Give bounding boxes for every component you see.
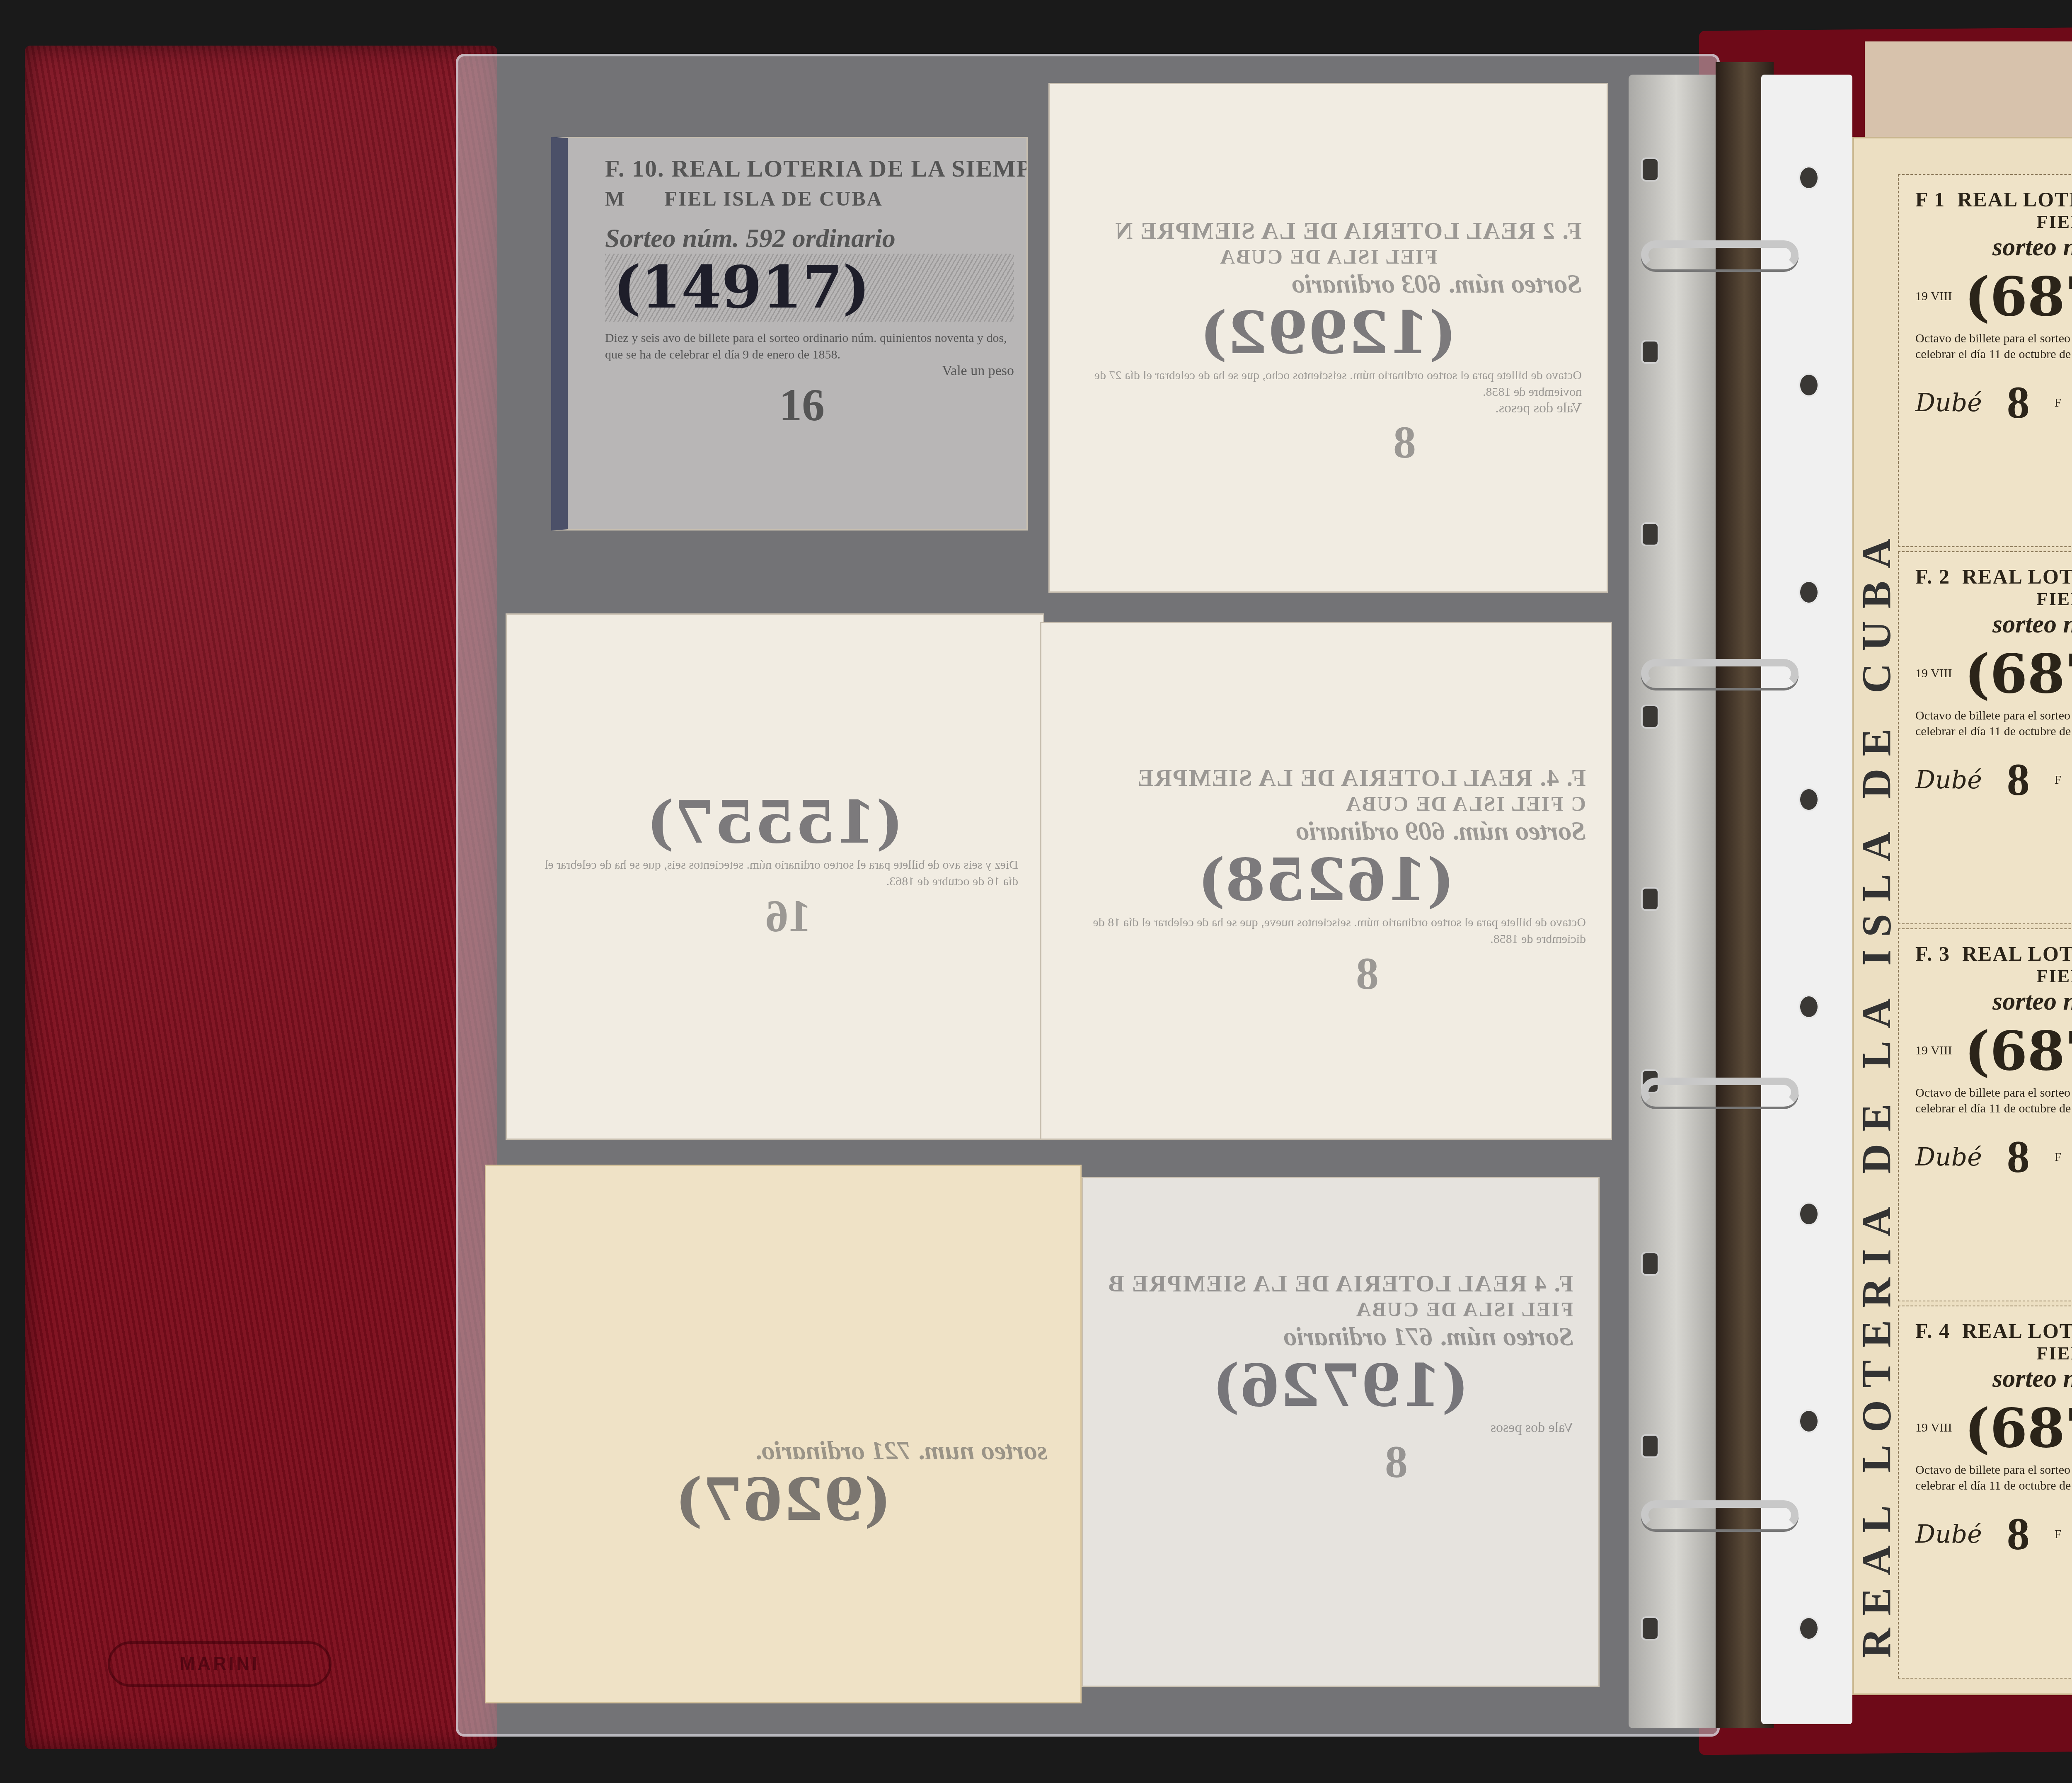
punch-hole	[1798, 1202, 1819, 1226]
cell-value: Vale dos pesos	[1915, 362, 2072, 376]
ticket-cell-f1: F 1 REAL LOTERIA DE LA SIEMPRE M FIEL IS…	[1898, 174, 2072, 547]
cell-draw: sorteo num. 723 ordinario.	[1915, 610, 2072, 639]
cell-subheader: FIEL ISLA DE CUBA	[1915, 589, 2072, 610]
punch-hole	[1798, 995, 1819, 1019]
ticket-text: Diez y seis avo de billete para el sorte…	[532, 857, 1018, 890]
ticket-series: N	[1115, 217, 1133, 244]
lottery-ticket-15557: (15557) Diez y seis avo de billete para …	[506, 613, 1044, 1140]
cell-number: (6871)	[1965, 265, 2072, 328]
ticket-fraction: F. 4.	[1539, 764, 1586, 791]
punch-hole	[1641, 887, 1659, 911]
cell-number: (6871)	[1965, 642, 2072, 705]
punch-hole	[1641, 340, 1659, 364]
cell-signature: Dubé	[1915, 766, 1982, 795]
ticket-denomination: 8	[1075, 416, 1416, 469]
cell-header: REAL LOTERIA DE LA SIEMPRE	[1962, 1319, 2072, 1342]
ticket-subheader: FIEL ISLA DE CUBA	[664, 187, 883, 210]
cell-subheader: FIEL ISLA DE CUBA	[1915, 966, 2072, 987]
ticket-number: (9267)	[519, 1466, 1047, 1534]
cell-date-stamp: 19 VIII	[1915, 1420, 1952, 1436]
cell-date-stamp: 19 VIII	[1915, 288, 1952, 304]
cell-signature: Dubé	[1915, 1143, 1982, 1172]
cell-draw: sorteo num. 723 ordinario.	[1915, 987, 2072, 1016]
ticket-fraction: F. 2	[1542, 217, 1582, 244]
ticket-denomination: 16	[779, 379, 1014, 431]
ticket-denomination: 8	[1066, 947, 1379, 1000]
punch-hole	[1798, 787, 1819, 812]
punch-hole	[1798, 166, 1819, 190]
cell-mark: F	[2055, 772, 2062, 788]
cell-label: Octavo	[1915, 332, 1951, 345]
cell-fraction: F 1	[1915, 188, 1945, 211]
cell-header: REAL LOTERIA DE LA SIEMPRE	[1962, 565, 2072, 588]
cell-fraction: F. 4	[1915, 1319, 1950, 1342]
ticket-number: (15557)	[532, 789, 1018, 857]
ticket-value: Vale dos pesos.	[1075, 400, 1582, 416]
ticket-text: Octavo de billete para el sorteo ordinar…	[1066, 914, 1586, 947]
cell-label: Octavo	[1915, 709, 1951, 722]
cell-header: REAL LOTERIA DE LA SIEMPRE	[1957, 188, 2072, 211]
cell-header: REAL LOTERIA DE LA SIEMPRE	[1962, 942, 2072, 965]
ticket-number: (14917)	[613, 254, 870, 322]
ticket-draw: Sorteo núm. 592 ordinario	[605, 223, 1014, 254]
ticket-cell-f4: F. 4 REAL LOTERIA DE LA SIEMPRE G FIEL I…	[1898, 1306, 2072, 1679]
ticket-subheader: FIEL ISLA DE CUBA	[1345, 792, 1564, 815]
ticket-series: C	[1570, 792, 1586, 815]
cell-denomination: 8	[2007, 1508, 2030, 1560]
punch-hole	[1798, 1409, 1819, 1433]
binder-left-cover	[25, 46, 497, 1749]
cell-draw: sorteo num. 723 ordinario.	[1915, 233, 2072, 262]
ticket-draw: Sorteo núm. 671 ordinario	[1108, 1321, 1573, 1352]
ticket-denomination: 8	[1108, 1436, 1408, 1488]
cell-value: Vale dos pesos	[1915, 1494, 2072, 1508]
cell-date-stamp: 19 VIII	[1915, 1043, 1952, 1059]
ticket-number: (16258)	[1066, 846, 1586, 914]
cell-mark: F	[2055, 395, 2062, 411]
cover-brand-stamp: MARINI	[108, 1641, 332, 1687]
punch-hole	[1641, 705, 1659, 729]
ticket-value: Vale dos pesos	[1108, 1420, 1573, 1436]
cell-date-stamp: 19 VIII	[1915, 666, 1952, 681]
cell-draw: sorteo num. 723 ordinario.	[1915, 1364, 2072, 1393]
ticket-header: REAL LOTERIA DE LA SIEMPRE	[671, 155, 1028, 182]
binder-ring[interactable]	[1641, 240, 1798, 269]
ticket-series: M	[605, 187, 626, 210]
lottery-ticket-19726: F. 4 REAL LOTERIA DE LA SIEMPRE B FIEL I…	[1082, 1177, 1600, 1687]
cell-signature: Dubé	[1915, 1520, 1982, 1549]
ticket-fraction: F. 10.	[605, 155, 665, 182]
ticket-header: REAL LOTERIA DE LA SIEMPRE	[1140, 217, 1535, 244]
cell-subheader: FIEL ISLA DE CUBA	[1915, 1343, 2072, 1364]
ticket-draw: Sorteo núm. 609 ordinario	[1066, 816, 1586, 846]
ticket-subheader: FIEL ISLA DE CUBA	[1108, 1297, 1573, 1321]
cell-signature: Dubé	[1915, 388, 1982, 417]
cell-mark: F	[2055, 1149, 2062, 1165]
cell-label: Octavo	[1915, 1463, 1951, 1477]
punch-hole	[1641, 1616, 1659, 1640]
ticket-cell-f2: F. 2 REAL LOTERIA DE LA SIEMPRE L FIEL I…	[1898, 551, 2072, 924]
cell-denomination: 8	[2007, 753, 2030, 806]
punch-hole	[1641, 1252, 1659, 1276]
punch-hole	[1798, 373, 1819, 397]
cell-fraction: F. 3	[1915, 942, 1950, 965]
ticket-subheader: FIEL ISLA DE CUBA	[1075, 245, 1582, 269]
lottery-ticket-14917: F. 10. REAL LOTERIA DE LA SIEMPRE M FIEL…	[551, 137, 1028, 531]
punch-hole	[1641, 522, 1659, 546]
ticket-draw: sorteo num. 721 ordinario.	[519, 1435, 1047, 1466]
cell-value: Vale dos pesos	[1915, 1117, 2072, 1131]
ticket-denomination: 16	[532, 890, 811, 942]
cell-value: Vale dos pesos	[1915, 739, 2072, 753]
cell-denomination: 8	[2007, 376, 2030, 429]
punch-hole	[1798, 1616, 1819, 1640]
ticket-text: Diez y seis avo de billete para el sorte…	[605, 330, 1014, 363]
lottery-ticket-9267: sorteo num. 721 ordinario. (9267)	[485, 1165, 1082, 1703]
binder-ring[interactable]	[1641, 659, 1798, 688]
ticket-number: (12992)	[1075, 299, 1582, 367]
binder-ring[interactable]	[1641, 1500, 1798, 1529]
cell-subheader: FIEL ISLA DE CUBA	[1915, 211, 2072, 233]
binder-ring[interactable]	[1641, 1078, 1798, 1107]
ticket-header: REAL LOTERIA DE LA SIEMPRE	[1131, 1270, 1527, 1297]
punch-hole	[1641, 1434, 1659, 1458]
lottery-ticket-16258: F. 4. REAL LOTERIA DE LA SIEMPRE C FIEL …	[1040, 622, 1612, 1140]
cell-number: (6871)	[1965, 1396, 2072, 1460]
sheet-vertical-text-left: REAL LOTERIA DE LA ISLA DE CUBA	[1852, 249, 1900, 1658]
ticket-series: B	[1108, 1270, 1125, 1297]
cell-label: Octavo	[1915, 1086, 1951, 1100]
ticket-fraction: F. 4	[1534, 1270, 1573, 1297]
cell-number: (6871)	[1965, 1019, 2072, 1083]
ticket-number: (19726)	[1108, 1352, 1573, 1420]
ticket-draw: Sorteo núm. 603 ordinario	[1075, 269, 1582, 299]
punch-hole	[1798, 580, 1819, 604]
right-page-punch-strip	[1761, 75, 1852, 1724]
punch-hole	[1641, 157, 1659, 182]
ticket-text: Octavo de billete para el sorteo ordinar…	[1075, 367, 1582, 400]
cell-fraction: F. 2	[1915, 565, 1950, 588]
lottery-ticket-12992: F. 2 REAL LOTERIA DE LA SIEMPRE N FIEL I…	[1048, 83, 1608, 593]
ticket-value: Vale un peso	[605, 363, 1014, 379]
cell-mark: F	[2055, 1526, 2062, 1542]
ticket-cell-f3: F. 3 REAL LOTERIA DE LA SIEMPRE N FIEL I…	[1898, 928, 2072, 1301]
ticket-header: REAL LOTERIA DE LA SIEMPRE	[1137, 764, 1532, 791]
cell-denomination: 8	[2007, 1131, 2030, 1183]
